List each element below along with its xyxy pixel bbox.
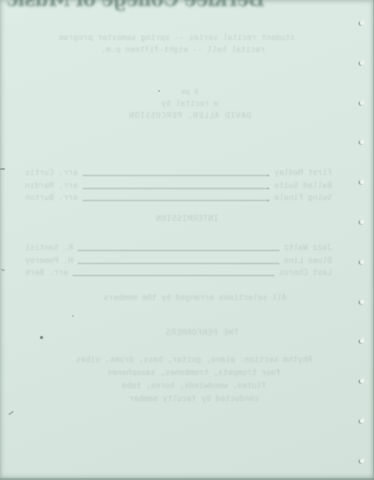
recital-time-line: 8 pm [90, 86, 290, 98]
performer-line: conducted by faculty member [44, 392, 344, 405]
dot-leader [78, 263, 279, 264]
program-row: Last Chorusarr. Berk [25, 266, 332, 278]
program-row: Ballad Suitearr. Mardin [25, 178, 332, 190]
dot-leader [83, 175, 269, 176]
ink-speck [158, 90, 160, 92]
binding-hole [360, 300, 364, 304]
binding-hole [360, 419, 364, 423]
program-row: Blues LineH. Pomeroy [25, 253, 332, 265]
pencil-dot-mark [40, 336, 43, 339]
masthead-subline-2: recital hall -- eight-fifteen p.m. [105, 45, 265, 55]
composer-name: R. Santisi [25, 243, 73, 253]
piece-title: Swing Finale [274, 193, 332, 203]
bleedthrough-layer: Berklee College of Music student recital… [0, 0, 374, 480]
composer-name: arr. Burton [25, 193, 78, 203]
composer-name: H. Pomeroy [25, 256, 73, 266]
recital-performer-name: DAVID ALLEN, PERCUSSION [90, 110, 290, 122]
dot-leader [73, 275, 274, 276]
left-edge-tick-mark [0, 168, 5, 170]
performer-lines: Rhythm section: piano, guitar, bass, dru… [44, 353, 344, 405]
college-title-bleed: Berklee College of Music [35, 0, 265, 4]
binding-hole [360, 260, 364, 264]
piece-title: Ballad Suite [274, 181, 332, 191]
program-row: Swing Finalearr. Burton [25, 191, 332, 203]
masthead-subline-1: student recital series -- spring semeste… [75, 33, 295, 43]
dot-leader [78, 250, 279, 251]
arranged-note: All selections arranged by the members [95, 293, 295, 303]
composer-name: arr. Curtis [25, 168, 78, 178]
performers-heading: THE PERFORMERS [132, 328, 272, 338]
binding-hole [360, 101, 364, 105]
performer-line: flutes, woodwinds, horns, tuba [44, 379, 344, 392]
binding-hole [360, 61, 364, 65]
binding-hole [360, 459, 364, 463]
piece-title: First Medley [274, 168, 332, 178]
dot-leader [83, 188, 269, 189]
program-row: First Medleyarr. Curtis [25, 166, 332, 178]
dot-leader [83, 200, 269, 201]
scanned-program-back-page: Berklee College of Music student recital… [0, 0, 374, 480]
pencil-smudge-mark [72, 315, 74, 317]
recital-heading-block: 8 pm a recital by DAVID ALLEN, PERCUSSIO… [90, 86, 290, 122]
performer-line: Rhythm section: piano, guitar, bass, dru… [44, 353, 344, 366]
binding-hole [360, 21, 364, 25]
composer-name: arr. Berk [25, 268, 68, 278]
recital-byline: a recital by [90, 98, 290, 110]
piece-title: Last Chorus [279, 268, 332, 278]
program-section-1: First Medleyarr. CurtisBallad Suitearr. … [25, 166, 332, 203]
performer-line: four trumpets, trombones, saxophones [44, 366, 344, 379]
intermission-heading: INTERMISSION [117, 214, 257, 224]
piece-title: Blues Line [284, 256, 332, 266]
piece-title: Jazz Waltz [284, 243, 332, 253]
binding-hole [360, 220, 364, 224]
composer-name: arr. Mardin [25, 181, 78, 191]
program-row: Jazz WaltzR. Santisi [25, 241, 332, 253]
program-section-2: Jazz WaltzR. SantisiBlues LineH. Pomeroy… [25, 241, 332, 278]
